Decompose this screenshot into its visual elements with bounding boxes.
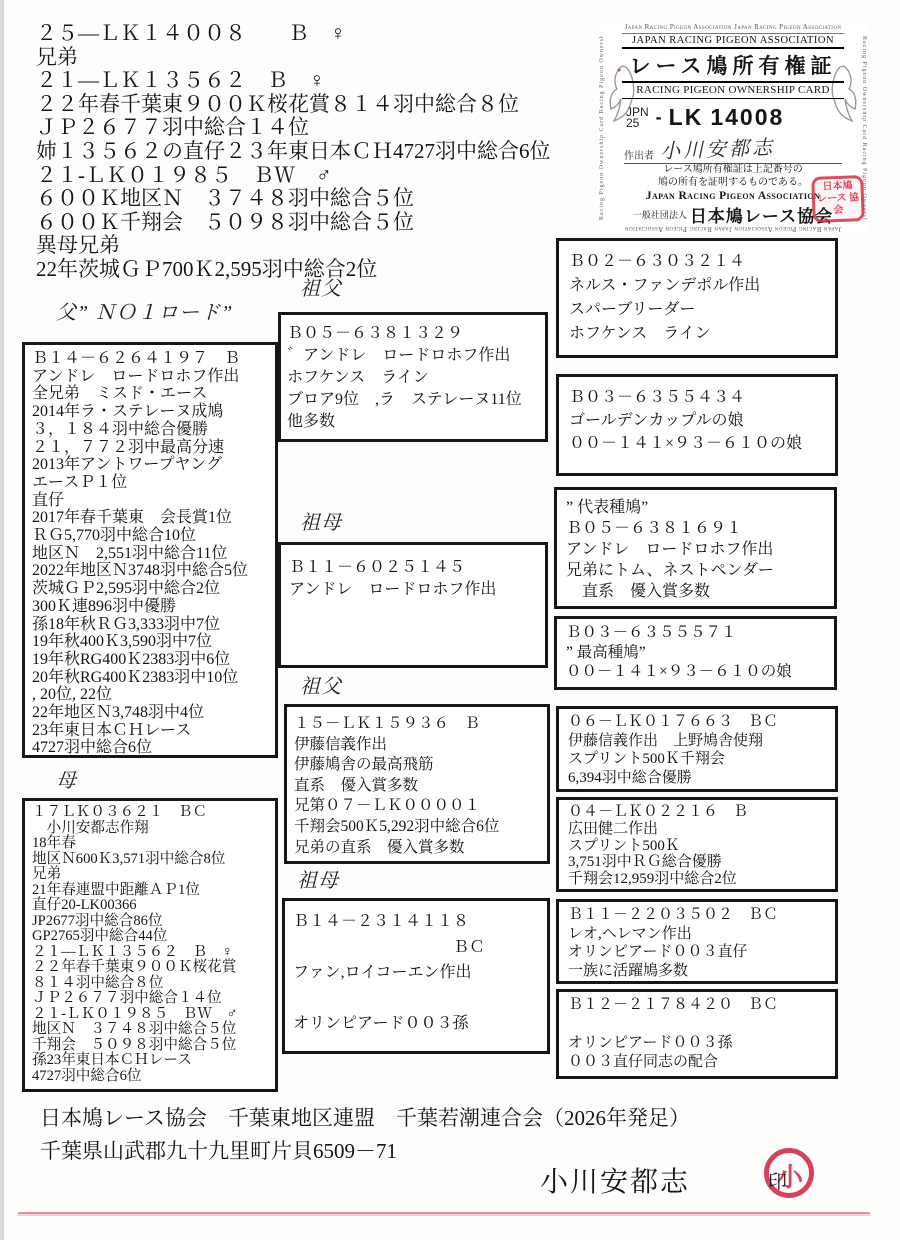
text-line: ２１，７７２羽中最高分速 [32,439,268,457]
text-line: 兄弟 [36,46,551,70]
text-line: JP2677羽中総合86位 [32,914,268,930]
text-line: 伊藤信義作出 上野鳩舎使翔 [568,732,826,751]
pedigree-box-mother: １７ＬＫ０３６２１ ＢＣ 小川安都志作翔18年春地区Ｎ600Ｋ3,571羽中総合… [22,798,278,1092]
text-line: ブロア9位 ,ラ ステレーヌ11位 [287,389,539,411]
ring-dash: - [656,107,662,128]
text-line: ” 代表種鳩” [566,497,825,518]
pedigree-box-grandfather2: １５－ＬＫ１５９３６ Ｂ伊藤信義作出伊藤鳩舎の最高飛筋直系 優入賞多数兄第０７－… [284,704,550,864]
text-line: オリンピアード００３孫 [568,1034,826,1053]
text-line: 2022年地区Ｎ3748羽中総合5位 [32,562,268,580]
text-line: ２５―ＬＫ１４００８ Ｂ ♀ [36,22,551,46]
pedigree-box-ggm4: Ｂ１２－２１７８４２０ ＢＣ オリンピアード００３孫００３直仔同志の配合 [556,989,838,1079]
text-line: ＪＰ２６７７羽中総合１４位 [32,991,268,1007]
text-line: 2013年アントワープヤング [32,456,268,474]
text-line: 千翔会12,959羽中総合2位 [568,871,826,888]
text-line: ゴールデンカップルの娘 [569,409,825,432]
text-line: 4727羽中総合6位 [32,1069,268,1085]
text-line: 他多数 [287,411,539,433]
text-line: 兄弟にトム、ネストペンダー [566,560,825,581]
text-line: 異母兄弟 [36,234,551,258]
text-line: ホフケンス ライン [287,367,539,389]
footer-address-line: 千葉県山武郡九十九里町片貝6509－71 [40,1135,397,1165]
text-line: オリンピアード００３孫 [293,1011,539,1037]
text-line: オリンピアード００３直仔 [568,943,826,962]
text-line: 一族に活躍鳩多数 [568,962,826,981]
pedigree-box-ggf3: ０６－ＬＫ０１７６６３ ＢＣ伊藤信義作出 上野鳩舎使翔スプリント500Ｋ千翔会6… [556,706,838,792]
text-line: 19年秋400Ｋ3,590羽中7位 [32,633,268,651]
owner-seal-black-character: 印 [768,1167,787,1194]
father-label: 父” ＮＯ１ロード” [56,296,233,325]
text-line: 全兄弟 ミスド・エース [32,385,268,403]
grandfather1-label: 祖父 [300,272,342,301]
ring-number: 14008 [710,104,784,131]
text-line: 22年茨城ＧＰ700Ｋ2,595羽中総合2位 [36,258,551,282]
pedigree-box-ggf1: Ｂ０２－６３０３２１４ネルス・ファンデポル作出スパーブリーダーホフケンス ライン [556,238,838,358]
card-ring-number: JPN 25 - LK 14008 [626,104,844,131]
pedigree-box-ggm1: Ｂ０３－６３５５４３４ゴールデンカップルの娘００－１４１×９３－６１０の娘 [556,374,838,476]
text-line: 兄第０７－ＬＫ００００１ [294,796,540,817]
text-line: ２１-ＬＫ０１９８５ ＢＷ ♂ [36,164,551,188]
text-line: ＢＣ [293,935,539,961]
grandmother1-label: 祖母 [300,506,342,535]
text-line: ６００Ｋ千翔会 ５０９８羽中総合５位 [36,211,551,235]
text-line: ００３直仔同志の配合 [568,1053,826,1072]
text-line: 孫23年東日本ＣＨレース [32,1053,268,1069]
text-line: ０４－ＬＫ０２２１６ Ｂ [568,804,826,821]
text-line: ゛アンドレ ロードロホフ作出 [287,345,539,367]
ownership-statement-line1: レース鳩所有権証は上記番号の [622,164,844,177]
footer-organization-line: 日本鳩レース協会 千葉東地区連盟 千葉若潮連合会（2026年発足） [40,1102,690,1132]
text-line: Ｂ１１－２２０３５０２ ＢＣ [568,906,826,925]
association-name-english: Japan Racing Pigeon Association [622,190,844,202]
association-legal-prefix: 一般社団法人 [633,208,687,221]
text-line: ２２年春千葉東９００Ｋ桜花賞 [32,960,268,976]
text-line: Ｂ０５－６３８１３２９ [287,323,539,345]
card-frame-top-text: Japan Racing Pigeon Association Japan Ra… [610,23,856,31]
association-seal-stamp: 日本鳩 レース 協会 [811,175,865,223]
text-line: 20年秋RG400Ｋ2383羽中10位 [32,669,268,687]
text-line: ００－１４１×９３－６１０の娘 [566,662,825,682]
text-line: ８１４羽中総合８位 [32,976,268,992]
text-line: 孫18年秋ＲＧ3,333羽中7位 [32,616,268,634]
text-line: 茨城ＧＰ2,595羽中総合2位 [32,580,268,598]
ring-series: LK [669,104,704,131]
text-line: ２２年春千葉東９００Ｋ桜花賞８１４羽中総合８位 [36,93,551,117]
text-line: 6,394羽中総合優勝 [568,769,826,788]
pedigree-box-ggf4: Ｂ１１－２２０３５０２ ＢＣレオ,ヘレマン作出オリンピアード００３直仔一族に活躍… [556,899,838,984]
text-line: ” 最高種鳩” [566,643,825,663]
text-line: Ｂ１４－２３１４１１８ [293,909,539,935]
mother-label: 母 [56,764,77,793]
text-line: ファン,ロイコーエン作出 [293,960,539,986]
association-seal-text: 日本鳩 レース 協会 [814,180,861,218]
text-line: 2014年ラ・ステレーヌ成鳩 [32,403,268,421]
text-line: Ｂ０２－６３０３２１４ [569,250,825,274]
text-line: Ｂ１２－２１７８４２０ ＢＣ [568,996,826,1015]
owner-seal-stamp: 小 印 [764,1148,814,1198]
text-line: ０６－ＬＫ０１７６６３ ＢＣ [568,713,826,732]
association-name-japanese: 一般社団法人 日本鳩レース協会 [622,202,844,227]
text-line: 3,751羽中ＲＧ総合優勝 [568,854,826,871]
text-line: , 20位, 22位 [32,686,268,704]
card-body: JAPAN RACING PIGEON ASSOCIATION レース鳩所有権証… [622,33,844,227]
text-line: 18年春 [32,836,268,852]
text-line: 直仔 [32,492,268,510]
text-line: 直系 優入賞多数 [294,776,540,797]
text-line: Ｂ１１－６０２５１４５ [289,557,537,579]
text-line: ネルス・ファンデポル作出 [569,274,825,298]
text-line: 地区Ｎ ３７４８羽中総合５位 [32,1022,268,1038]
pedigree-box-grandmother1: Ｂ１１－６０２５１４５アンドレ ロードロホフ作出 [278,542,548,668]
text-line: アンドレ ロードロホフ作出 [289,579,537,601]
text-line: 広田健二作出 [568,821,826,838]
pedigree-sheet: ２５―ＬＫ１４００８ Ｂ ♀兄弟２１―ＬＫ１３５６２ Ｂ ♀２２年春千葉東９００… [0,0,900,1240]
text-line: 地区Ｎ 2,551羽中総合11位 [32,545,268,563]
text-line: 19年秋RG400Ｋ2383羽中6位 [32,651,268,669]
pedigree-box-grandmother2: Ｂ１４－２３１４１１８ ＢＣファン,ロイコーエン作出 オリンピアード００３孫 [282,898,550,1054]
text-line: ２１-ＬＫ０１９８５ ＢＷ ♂ [32,1007,268,1023]
text-line: ２１―ＬＫ１３５６２ Ｂ ♀ [32,945,268,961]
breeder-row: 作出者 小川安都志 [624,133,842,164]
text-line: 伊藤鳩舎の最高飛筋 [294,755,540,776]
scan-artifact-pink-line [18,1212,870,1214]
text-line [293,986,539,1012]
text-line: アンドレ ロードロホフ作出 [566,539,825,560]
text-line [568,1015,826,1034]
pedigree-box-ggm2: Ｂ０３－６３５５５７１” 最高種鳩”００－１４１×９３－６１０の娘 [554,616,837,690]
text-line: スパーブリーダー [569,298,825,322]
owner-name: 小川安都志 [540,1160,690,1200]
text-line: 直系 優入賞多数 [566,581,825,602]
text-line: ホフケンス ライン [569,322,825,346]
text-line: 4727羽中総合6位 [32,739,268,757]
subject-info-block: ２５―ＬＫ１４００８ Ｂ ♀兄弟２１―ＬＫ１３５６２ Ｂ ♀２２年春千葉東９００… [36,22,551,282]
ownership-card: Japan Racing Pigeon Association Japan Ra… [598,22,868,234]
text-line: アンドレ ロードロホフ作出 [32,368,268,386]
card-title-english: RACING PIGEON OWNERSHIP CARD [622,83,844,99]
ring-country-year: JPN 25 [626,107,649,129]
text-line: GP2765羽中総合44位 [32,929,268,945]
text-line: ００－１４１×９３－６１０の娘 [569,432,825,455]
grandfather2-label: 祖父 [300,670,342,699]
text-line: 22年地区Ｎ3,748羽中4位 [32,704,268,722]
text-line: Ｂ１４－６２６４１９７ Ｂ [32,350,268,368]
text-line: ３，１８４羽中総合優勝 [32,421,268,439]
text-line: レオ,ヘレマン作出 [568,925,826,944]
text-line: 小川安都志作翔 [32,821,268,837]
text-line: １７ＬＫ０３６２１ ＢＣ [32,805,268,821]
text-line: 300Ｋ連896羽中優勝 [32,598,268,616]
pedigree-box-ggm3: ０４－ＬＫ０２２１６ Ｂ広田健二作出スプリント500Ｋ3,751羽中ＲＧ総合優勝… [556,797,838,892]
text-line: Ｂ０３－６３５５５７１ [566,623,825,643]
text-line: ２１―ＬＫ１３５６２ Ｂ ♀ [36,69,551,93]
text-line: ＲＧ5,770羽中総合10位 [32,527,268,545]
text-line: 23年東日本ＣＨレース [32,722,268,740]
pedigree-box-ggf2: ” 代表種鳩”Ｂ０５－６３８１６９１アンドレ ロードロホフ作出兄弟にトム、ネスト… [554,487,837,609]
text-line: 伊藤信義作出 [294,735,540,756]
text-line: ＪＰ２６７７羽中総合１４位 [36,116,551,140]
text-line: 直仔20-LK00366 [32,898,268,914]
text-line: １５－ＬＫ１５９３６ Ｂ [294,714,540,735]
breeder-signature: 小川安都志 [660,131,776,164]
ring-year: 25 [626,118,649,129]
pedigree-box-father: Ｂ１４－６２６４１９７ Ｂアンドレ ロードロホフ作出全兄弟 ミスド・エース201… [22,342,278,758]
pedigree-box-grandfather1: Ｂ０５－６３８１３２９゛アンドレ ロードロホフ作出ホフケンス ラインブロア9位 … [278,312,548,442]
text-line: 21年春連盟中距離ＡＰ1位 [32,883,268,899]
text-line: 千翔会500Ｋ5,292羽中総合6位 [294,817,540,838]
scan-edge-shadow [0,0,4,1240]
breeder-label: 作出者 [624,147,654,162]
text-line: Ｂ０５－６３８１６９１ [566,518,825,539]
text-line: ６００Ｋ地区Ｎ ３７４８羽中総合５位 [36,187,551,211]
text-line: 姉１３５６２の直仔２３年東日本ＣＨ4727羽中総合6位 [36,140,551,164]
text-line: 千翔会 ５０９８羽中総合５位 [32,1038,268,1054]
grandmother2-label: 祖母 [297,864,339,893]
card-title-japanese: レース鳩所有権証 [622,47,844,83]
text-line: 兄弟の直系 優入賞多数 [294,838,540,859]
text-line: 兄弟 [32,867,268,883]
text-line: スプリント500Ｋ千翔会 [568,750,826,769]
text-line: 2017年春千葉東 会長賞1位 [32,509,268,527]
text-line: Ｂ０３－６３５５４３４ [569,386,825,409]
text-line: エースＰ１位 [32,474,268,492]
card-association-header: JAPAN RACING PIGEON ASSOCIATION [622,33,844,46]
text-line: スプリント500Ｋ [568,838,826,855]
text-line: 地区Ｎ600Ｋ3,571羽中総合8位 [32,852,268,868]
